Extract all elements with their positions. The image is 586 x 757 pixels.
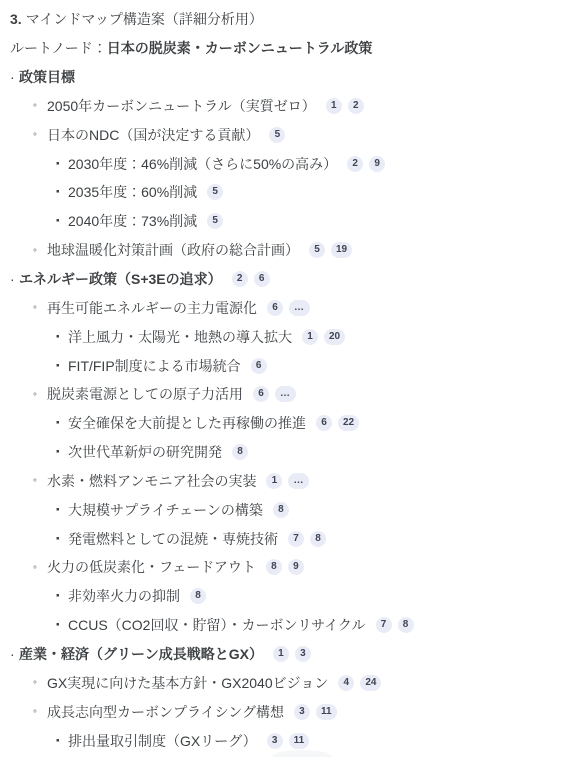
citation-badges: 8	[273, 502, 289, 518]
bullet-icon: ◦	[33, 476, 47, 487]
outline-item: ·エネルギー政策（S+3Eの追求）26	[10, 265, 576, 294]
citation-badges: 26	[232, 271, 270, 287]
outline-item-text: 2050年カーボンニュートラル（実質ゼロ）	[47, 99, 316, 113]
outline-item-text: 脱炭素電源としての原子力活用	[47, 387, 243, 401]
outline-item-text: 2035年度：60%削減	[68, 185, 197, 199]
outline-item-text: GX実現に向けた基本方針・GX2040ビジョン	[47, 676, 328, 690]
outline-item: ◦日本のNDC（国が決定する貢献）5	[10, 120, 576, 149]
outline-item: ▪非効率火力の抑制8	[10, 582, 576, 611]
citation-badges: 622	[316, 415, 359, 431]
citation-badge[interactable]: 6	[253, 386, 269, 402]
citation-badge[interactable]: 6	[267, 300, 283, 316]
root-node-label: ルートノード：	[10, 41, 107, 55]
outline-list: ·政策目標◦2050年カーボンニュートラル（実質ゼロ）12◦日本のNDC（国が決…	[10, 63, 576, 755]
citation-badge[interactable]: 19	[331, 242, 352, 258]
citation-badge[interactable]: 1	[273, 646, 289, 662]
bullet-icon: ·	[10, 647, 19, 661]
outline-item-text: 産業・経済（グリーン成長戦略とGX）	[19, 647, 263, 661]
citation-badge[interactable]: 24	[360, 675, 381, 691]
outline-item-text: 2030年度：46%削減（さらに50%の高み）	[68, 157, 337, 171]
bullet-icon: ◦	[33, 707, 47, 718]
citation-badge[interactable]: 22	[338, 415, 359, 431]
bullet-icon: ▪	[56, 621, 68, 631]
citation-badge[interactable]: 3	[267, 733, 283, 749]
citation-badges: 424	[338, 675, 381, 691]
bullet-icon: ▪	[56, 592, 68, 602]
citation-badge[interactable]: 1	[302, 329, 318, 345]
citation-badge[interactable]: 1	[266, 473, 282, 489]
outline-item-text: 成長志向型カーボンプライシング構想	[47, 705, 284, 719]
outline-item-text: 排出量取引制度（GXリーグ）	[68, 734, 257, 748]
citation-badges: 1…	[266, 473, 309, 489]
bullet-icon: ◦	[33, 389, 47, 400]
citation-badges: 6	[251, 358, 267, 374]
citation-badges: 120	[302, 329, 345, 345]
citation-badges: 8	[232, 444, 248, 460]
citation-badges: 5	[207, 213, 223, 229]
outline-item: ▪発電燃料としての混焼・専焼技術78	[10, 524, 576, 553]
citation-badge[interactable]: 8	[273, 502, 289, 518]
bullet-icon: ◦	[33, 303, 47, 314]
bullet-icon: ▪	[56, 534, 68, 544]
outline-item: ◦水素・燃料アンモニア社会の実装1…	[10, 467, 576, 496]
outline-item-text: 非効率火力の抑制	[68, 589, 180, 603]
citation-badges: 519	[309, 242, 352, 258]
outline-item-text: 火力の低炭素化・フェードアウト	[47, 560, 256, 574]
bullet-icon: ▪	[56, 361, 68, 371]
citation-badge[interactable]: 8	[266, 559, 282, 575]
outline-item-text: 2040年度：73%削減	[68, 214, 197, 228]
root-node-value: 日本の脱炭素・カーボンニュートラル政策	[107, 41, 373, 55]
citation-badges: 6…	[253, 386, 296, 402]
citation-badges: 5	[269, 127, 285, 143]
citation-badge[interactable]: 7	[288, 531, 304, 547]
bullet-icon: ▪	[56, 419, 68, 429]
citation-badge[interactable]: 8	[398, 617, 414, 633]
bullet-icon: ◦	[33, 678, 47, 689]
citation-badge[interactable]: 8	[232, 444, 248, 460]
more-citations-badge[interactable]: …	[288, 473, 309, 489]
citation-badges: 12	[326, 98, 364, 114]
outline-item: ◦地球温暖化対策計画（政府の総合計画）519	[10, 236, 576, 265]
more-citations-badge[interactable]: …	[289, 300, 310, 316]
outline-item: ▪2035年度：60%削減5	[10, 178, 576, 207]
outline-item-text: 水素・燃料アンモニア社会の実装	[47, 474, 256, 488]
citation-badge[interactable]: 5	[309, 242, 325, 258]
citation-badges: 8	[190, 588, 206, 604]
citation-badges: 311	[267, 733, 310, 749]
citation-badges: 13	[273, 646, 311, 662]
citation-badge[interactable]: 4	[338, 675, 354, 691]
citation-badges: 29	[347, 156, 385, 172]
outline-item-text: 安全確保を大前提とした再稼働の推進	[68, 416, 306, 430]
outline-item-text: 次世代革新炉の研究開発	[68, 445, 222, 459]
bullet-icon: ·	[10, 70, 19, 84]
citation-badges: 6…	[267, 300, 310, 316]
outline-item: ▪CCUS（CO2回収・貯留）・カーボンリサイクル78	[10, 611, 576, 640]
citation-badge[interactable]: 11	[316, 704, 337, 720]
bullet-icon: ▪	[56, 159, 68, 169]
bullet-icon: ▪	[56, 217, 68, 227]
bullet-icon: ▪	[56, 332, 68, 342]
bullet-icon: ◦	[33, 101, 47, 112]
citation-badges: 89	[266, 559, 304, 575]
bullet-icon: ·	[10, 272, 19, 286]
outline-item: ▪FIT/FIP制度による市場統合6	[10, 351, 576, 380]
bullet-icon: ▪	[56, 448, 68, 458]
section-heading: 3. マインドマップ構造案（詳細分析用）	[10, 5, 576, 34]
root-node-line: ルートノード： 日本の脱炭素・カーボンニュートラル政策	[10, 34, 576, 63]
section-number: 3.	[10, 12, 22, 26]
outline-item: ◦火力の低炭素化・フェードアウト89	[10, 553, 576, 582]
citation-badge[interactable]: 5	[207, 184, 223, 200]
outline-item-text: 大規模サプライチェーンの構築	[68, 503, 263, 517]
citation-badge[interactable]: 6	[251, 358, 267, 374]
citation-badges: 78	[376, 617, 414, 633]
citation-badge[interactable]: 11	[289, 733, 310, 749]
outline-item-text: エネルギー政策（S+3Eの追求）	[19, 272, 222, 286]
citation-badges: 5	[207, 184, 223, 200]
citation-badge[interactable]: 1	[326, 98, 342, 114]
citation-badge[interactable]: 2	[232, 271, 248, 287]
citation-badge[interactable]: 20	[324, 329, 345, 345]
outline-item-text: 洋上風力・太陽光・地熱の導入拡大	[68, 330, 292, 344]
outline-item: ◦再生可能エネルギーの主力電源化6…	[10, 293, 576, 322]
citation-badge[interactable]: 2	[348, 98, 364, 114]
citation-badge[interactable]: 2	[347, 156, 363, 172]
citation-badges: 311	[294, 704, 337, 720]
outline-item-text: 日本のNDC（国が決定する貢献）	[47, 128, 259, 142]
citation-badge[interactable]: 9	[369, 156, 385, 172]
bullet-icon: ▪	[56, 736, 68, 746]
citation-badge[interactable]: 5	[207, 213, 223, 229]
citation-badge[interactable]: 5	[269, 127, 285, 143]
citation-badge[interactable]: 9	[288, 559, 304, 575]
scroll-hint-shadow	[272, 750, 332, 757]
citation-badge[interactable]: 8	[310, 531, 326, 547]
outline-item: ▪2040年度：73%削減5	[10, 207, 576, 236]
bullet-icon: ◦	[33, 562, 47, 573]
outline-item-text: 政策目標	[19, 70, 75, 84]
outline-item: ·産業・経済（グリーン成長戦略とGX）13	[10, 640, 576, 669]
outline-item: ▪安全確保を大前提とした再稼働の推進622	[10, 409, 576, 438]
bullet-icon: ▪	[56, 505, 68, 515]
citation-badges: 78	[288, 531, 326, 547]
outline-item: ◦2050年カーボンニュートラル（実質ゼロ）12	[10, 92, 576, 121]
outline-item: ·政策目標	[10, 63, 576, 92]
citation-badge[interactable]: 6	[254, 271, 270, 287]
outline-item-text: CCUS（CO2回収・貯留）・カーボンリサイクル	[68, 618, 366, 632]
outline-item-text: 再生可能エネルギーの主力電源化	[47, 301, 257, 315]
citation-badge[interactable]: 8	[190, 588, 206, 604]
more-citations-badge[interactable]: …	[275, 386, 296, 402]
bullet-icon: ◦	[33, 130, 47, 141]
outline-item-text: 地球温暖化対策計画（政府の総合計画）	[47, 243, 299, 257]
citation-badge[interactable]: 3	[294, 704, 310, 720]
outline-item: ◦成長志向型カーボンプライシング構想311	[10, 697, 576, 726]
bullet-icon: ◦	[33, 245, 47, 256]
bullet-icon: ▪	[56, 188, 68, 198]
outline-item: ◦脱炭素電源としての原子力活用6…	[10, 380, 576, 409]
citation-badge[interactable]: 7	[376, 617, 392, 633]
citation-badge[interactable]: 6	[316, 415, 332, 431]
document-body: 3. マインドマップ構造案（詳細分析用） ルートノード： 日本の脱炭素・カーボン…	[0, 0, 586, 755]
outline-item-text: 発電燃料としての混焼・専焼技術	[68, 532, 278, 546]
outline-item: ▪2030年度：46%削減（さらに50%の高み）29	[10, 149, 576, 178]
citation-badge[interactable]: 3	[295, 646, 311, 662]
outline-item: ▪洋上風力・太陽光・地熱の導入拡大120	[10, 322, 576, 351]
section-title: マインドマップ構造案（詳細分析用）	[26, 12, 263, 26]
outline-item: ▪次世代革新炉の研究開発8	[10, 438, 576, 467]
outline-item-text: FIT/FIP制度による市場統合	[68, 359, 241, 373]
outline-item: ◦GX実現に向けた基本方針・GX2040ビジョン424	[10, 668, 576, 697]
outline-item: ▪大規模サプライチェーンの構築8	[10, 495, 576, 524]
